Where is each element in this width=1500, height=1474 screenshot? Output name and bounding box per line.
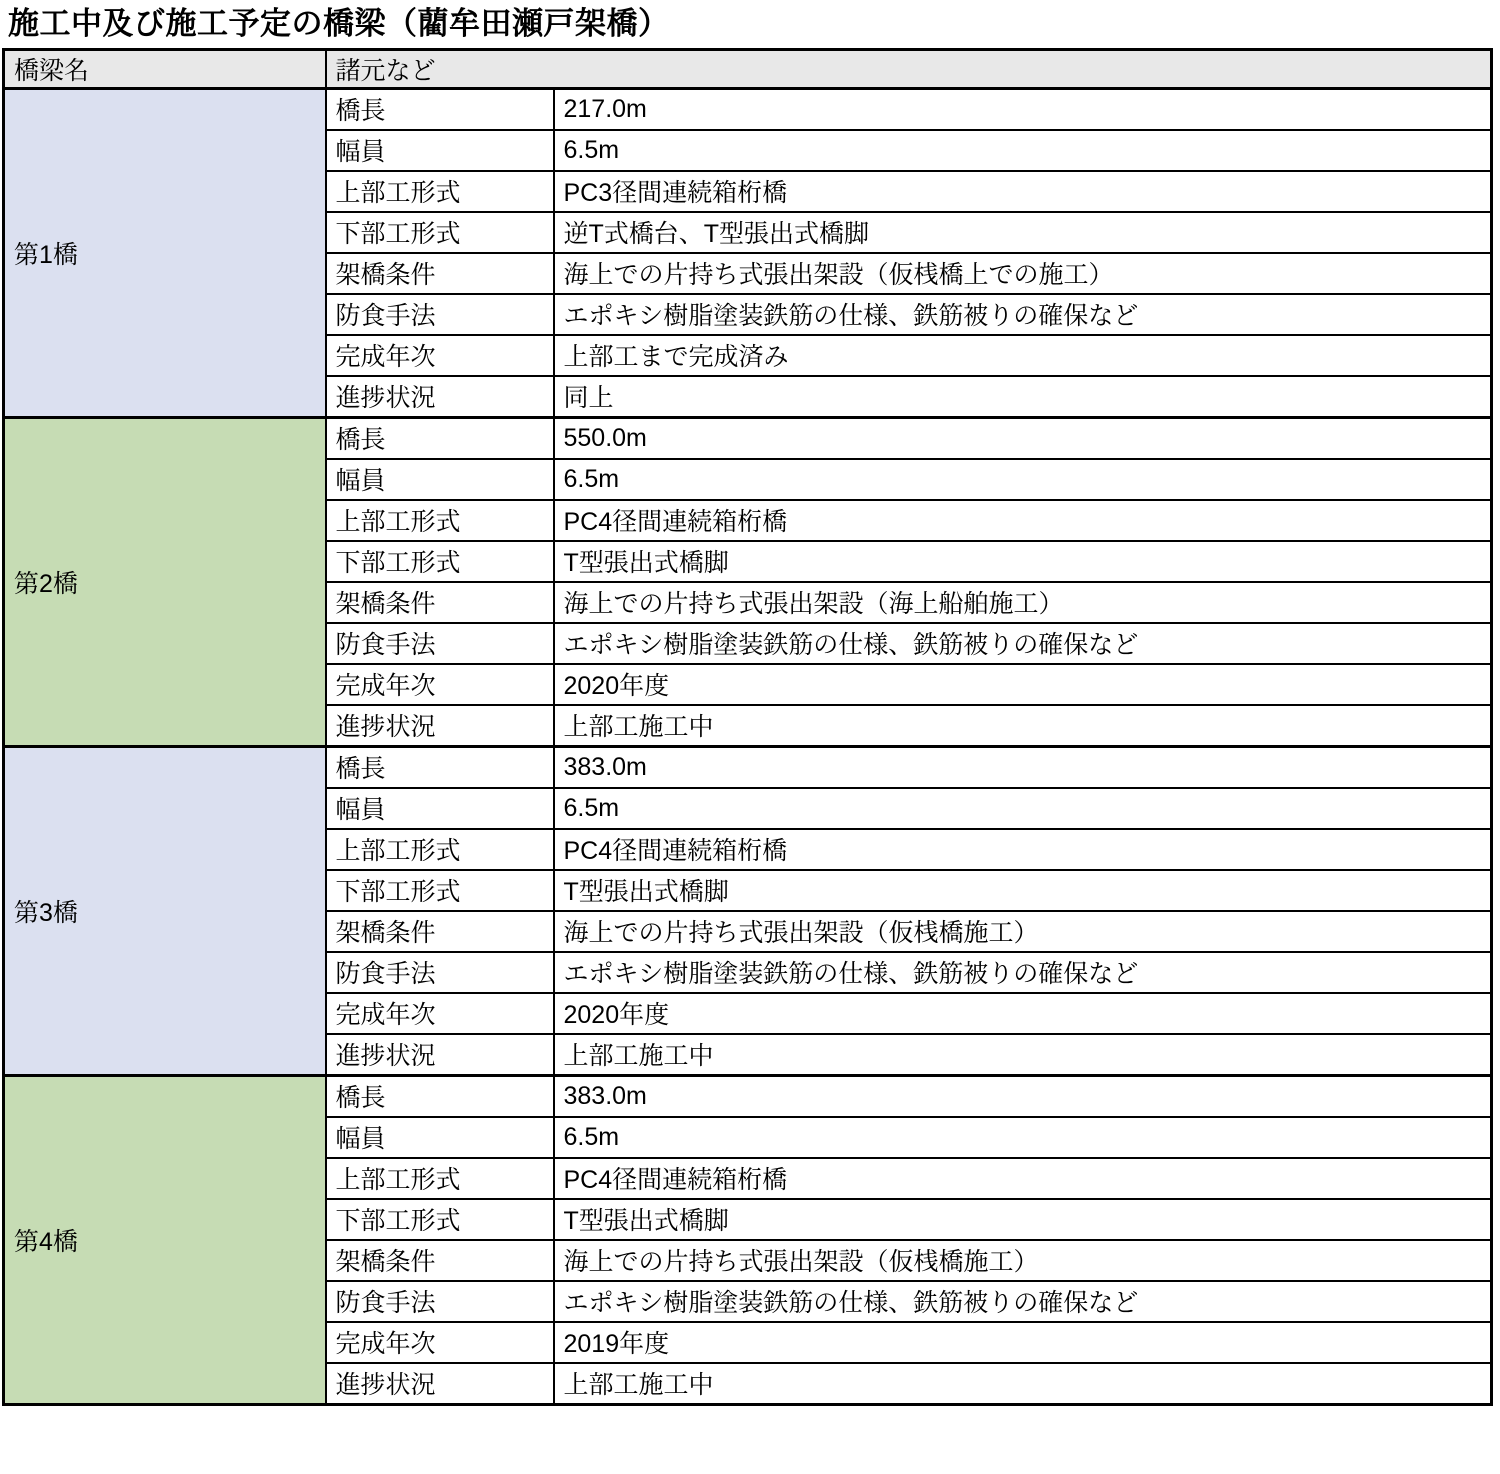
spec-value-cell: 海上での片持ち式張出架設（海上船舶施工） xyxy=(554,582,1492,623)
spec-value-cell: 上部工施工中 xyxy=(554,705,1492,747)
spec-label-cell: 上部工形式 xyxy=(326,1158,554,1199)
page-title: 施工中及び施工予定の橋梁（藺牟田瀬戸架橋） xyxy=(0,0,1500,48)
spec-value-cell: PC4径間連続箱桁橋 xyxy=(554,1158,1492,1199)
spec-value-cell: 海上での片持ち式張出架設（仮桟橋施工） xyxy=(554,1240,1492,1281)
spec-label-cell: 完成年次 xyxy=(326,664,554,705)
spec-value-cell: 逆T式橋台、T型張出式橋脚 xyxy=(554,212,1492,253)
spec-label-cell: 完成年次 xyxy=(326,1322,554,1363)
spec-label-cell: 橋長 xyxy=(326,1075,554,1117)
spec-value-cell: エポキシ樹脂塗装鉄筋の仕様、鉄筋被りの確保など xyxy=(554,623,1492,664)
spec-label-cell: 幅員 xyxy=(326,788,554,829)
spec-value-cell: 6.5m xyxy=(554,788,1492,829)
spec-label-cell: 下部工形式 xyxy=(326,870,554,911)
spec-value-cell: 2020年度 xyxy=(554,664,1492,705)
table-row: 第3橋 橋長 383.0m xyxy=(4,746,1492,788)
bridge-name-cell: 第4橋 xyxy=(4,1075,326,1404)
spec-value-cell: エポキシ樹脂塗装鉄筋の仕様、鉄筋被りの確保など xyxy=(554,294,1492,335)
spec-value-cell: 上部工施工中 xyxy=(554,1363,1492,1405)
bridge-name-cell: 第1橋 xyxy=(4,88,326,417)
spec-value-cell: 6.5m xyxy=(554,459,1492,500)
spec-label-cell: 防食手法 xyxy=(326,623,554,664)
spec-label-cell: 架橋条件 xyxy=(326,253,554,294)
spec-label-cell: 上部工形式 xyxy=(326,829,554,870)
spec-label-cell: 架橋条件 xyxy=(326,911,554,952)
spec-label-cell: 防食手法 xyxy=(326,952,554,993)
bridge-name-cell: 第3橋 xyxy=(4,746,326,1075)
spec-value-cell: T型張出式橋脚 xyxy=(554,870,1492,911)
spec-value-cell: 上部工まで完成済み xyxy=(554,335,1492,376)
spec-value-cell: 383.0m xyxy=(554,1075,1492,1117)
spec-value-cell: PC4径間連続箱桁橋 xyxy=(554,500,1492,541)
spec-value-cell: 海上での片持ち式張出架設（仮桟橋施工） xyxy=(554,911,1492,952)
table-row: 第1橋 橋長 217.0m xyxy=(4,88,1492,130)
document-page: 施工中及び施工予定の橋梁（藺牟田瀬戸架橋） 橋梁名 諸元など 第1橋 橋長 21… xyxy=(0,0,1500,1474)
spec-label-cell: 進捗状況 xyxy=(326,376,554,418)
spec-label-cell: 下部工形式 xyxy=(326,1199,554,1240)
spec-label-cell: 下部工形式 xyxy=(326,541,554,582)
spec-label-cell: 幅員 xyxy=(326,130,554,171)
header-bridge-name: 橋梁名 xyxy=(4,49,326,88)
spec-label-cell: 橋長 xyxy=(326,746,554,788)
spec-label-cell: 完成年次 xyxy=(326,335,554,376)
spec-value-cell: 2020年度 xyxy=(554,993,1492,1034)
spec-value-cell: 6.5m xyxy=(554,1117,1492,1158)
spec-label-cell: 幅員 xyxy=(326,1117,554,1158)
spec-label-cell: 架橋条件 xyxy=(326,582,554,623)
spec-value-cell: 217.0m xyxy=(554,88,1492,130)
spec-label-cell: 防食手法 xyxy=(326,1281,554,1322)
spec-value-cell: エポキシ樹脂塗装鉄筋の仕様、鉄筋被りの確保など xyxy=(554,1281,1492,1322)
spec-value-cell: 6.5m xyxy=(554,130,1492,171)
spec-label-cell: 進捗状況 xyxy=(326,1363,554,1405)
spec-value-cell: エポキシ樹脂塗装鉄筋の仕様、鉄筋被りの確保など xyxy=(554,952,1492,993)
spec-label-cell: 幅員 xyxy=(326,459,554,500)
spec-value-cell: 2019年度 xyxy=(554,1322,1492,1363)
spec-label-cell: 進捗状況 xyxy=(326,705,554,747)
table-row: 第4橋 橋長 383.0m xyxy=(4,1075,1492,1117)
spec-value-cell: 同上 xyxy=(554,376,1492,418)
table-row: 第2橋 橋長 550.0m xyxy=(4,417,1492,459)
spec-value-cell: 550.0m xyxy=(554,417,1492,459)
spec-value-cell: PC4径間連続箱桁橋 xyxy=(554,829,1492,870)
table-header-row: 橋梁名 諸元など xyxy=(4,49,1492,88)
spec-label-cell: 橋長 xyxy=(326,88,554,130)
spec-value-cell: PC3径間連続箱桁橋 xyxy=(554,171,1492,212)
spec-label-cell: 架橋条件 xyxy=(326,1240,554,1281)
header-specs: 諸元など xyxy=(326,49,1492,88)
spec-value-cell: 海上での片持ち式張出架設（仮桟橋上での施工） xyxy=(554,253,1492,294)
spec-label-cell: 完成年次 xyxy=(326,993,554,1034)
spec-label-cell: 防食手法 xyxy=(326,294,554,335)
spec-value-cell: T型張出式橋脚 xyxy=(554,541,1492,582)
spec-label-cell: 進捗状況 xyxy=(326,1034,554,1076)
spec-label-cell: 橋長 xyxy=(326,417,554,459)
spec-value-cell: 上部工施工中 xyxy=(554,1034,1492,1076)
spec-label-cell: 下部工形式 xyxy=(326,212,554,253)
spec-label-cell: 上部工形式 xyxy=(326,500,554,541)
bridge-spec-table: 橋梁名 諸元など 第1橋 橋長 217.0m 幅員 6.5m 上部工形式 PC3… xyxy=(2,48,1493,1406)
spec-value-cell: 383.0m xyxy=(554,746,1492,788)
spec-value-cell: T型張出式橋脚 xyxy=(554,1199,1492,1240)
bridge-name-cell: 第2橋 xyxy=(4,417,326,746)
spec-label-cell: 上部工形式 xyxy=(326,171,554,212)
